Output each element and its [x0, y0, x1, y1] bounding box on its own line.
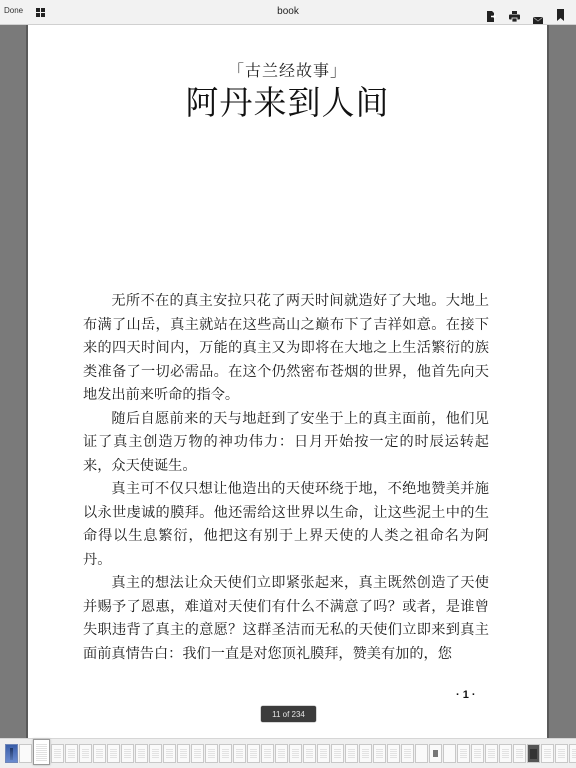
paragraph: 真主可不仅只想让他造出的天使环绕于地，不绝地赞美并施以永世虔诚的膜拜。他还需给这…	[83, 478, 489, 572]
thumbnail[interactable]	[387, 744, 400, 763]
thumbnail[interactable]	[219, 744, 232, 763]
thumbnail[interactable]	[569, 744, 576, 763]
thumbnail[interactable]	[5, 744, 18, 763]
thumbnail[interactable]	[541, 744, 554, 763]
paragraph: 真主的想法让众天使们立即紧张起来，真主既然创造了天使并赐予了恩惠，难道对天使们有…	[83, 572, 489, 666]
thumbnail[interactable]	[121, 744, 134, 763]
thumbnail[interactable]	[331, 744, 344, 763]
thumbnail[interactable]	[359, 744, 372, 763]
paragraph: 随后自愿前来的天与地赶到了安坐于上的真主面前，他们见证了真主创造万物的神功伟力：…	[83, 408, 489, 479]
thumbnail[interactable]	[163, 744, 176, 763]
thumbnail[interactable]	[415, 744, 428, 763]
thumbnail[interactable]	[51, 744, 64, 763]
thumbnail[interactable]	[485, 744, 498, 763]
thumbnail[interactable]	[457, 744, 470, 763]
viewer-margin-right	[547, 25, 576, 738]
thumbnail[interactable]	[177, 744, 190, 763]
thumbnail-current[interactable]	[33, 739, 50, 765]
document-page[interactable]: 「古兰经故事」 阿丹来到人间 无所不在的真主安拉只花了两天时间就造好了大地。大地…	[28, 25, 547, 738]
page-number: · 1 ·	[456, 689, 476, 701]
bookmark-icon[interactable]	[557, 6, 564, 25]
print-icon[interactable]	[509, 7, 520, 26]
body-text: 无所不在的真主安拉只花了两天时间就造好了大地。大地上布满了山岳，真主就站在这些高…	[83, 290, 489, 666]
thumbnail[interactable]	[429, 744, 442, 763]
done-button[interactable]: Done	[4, 6, 23, 15]
thumbnail[interactable]	[373, 744, 386, 763]
thumbnail[interactable]	[289, 744, 302, 763]
thumbnail[interactable]	[275, 744, 288, 763]
thumbnail[interactable]	[303, 744, 316, 763]
thumbnail[interactable]	[317, 744, 330, 763]
thumbnail[interactable]	[65, 744, 78, 763]
thumbnail[interactable]	[135, 744, 148, 763]
thumbnail[interactable]	[205, 744, 218, 763]
page-indicator: 11 of 234	[261, 706, 316, 722]
chapter-title: 阿丹来到人间	[28, 77, 547, 124]
thumbnail[interactable]	[191, 744, 204, 763]
thumbnail[interactable]	[261, 744, 274, 763]
share-export-icon[interactable]	[486, 7, 496, 26]
thumbnail[interactable]	[79, 744, 92, 763]
thumbnail[interactable]	[107, 744, 120, 763]
thumbnail[interactable]	[93, 744, 106, 763]
thumbnail[interactable]	[345, 744, 358, 763]
thumbnail[interactable]	[527, 744, 540, 763]
thumbnail[interactable]	[247, 744, 260, 763]
mail-icon[interactable]	[533, 9, 543, 28]
viewer-margin-left	[0, 25, 28, 738]
top-toolbar: Done book	[0, 0, 576, 25]
paragraph: 无所不在的真主安拉只花了两天时间就造好了大地。大地上布满了山岳，真主就站在这些高…	[83, 290, 489, 408]
thumbnail-grid-icon[interactable]	[36, 8, 45, 17]
thumbnail[interactable]	[555, 744, 568, 763]
thumbnail[interactable]	[471, 744, 484, 763]
thumbnail[interactable]	[513, 744, 526, 763]
thumbnail[interactable]	[233, 744, 246, 763]
thumbnail[interactable]	[149, 744, 162, 763]
thumbnail[interactable]	[443, 744, 456, 763]
thumbnail[interactable]	[401, 744, 414, 763]
thumbnail[interactable]	[19, 744, 32, 763]
thumbnail-strip[interactable]	[0, 738, 576, 768]
thumbnail[interactable]	[499, 744, 512, 763]
